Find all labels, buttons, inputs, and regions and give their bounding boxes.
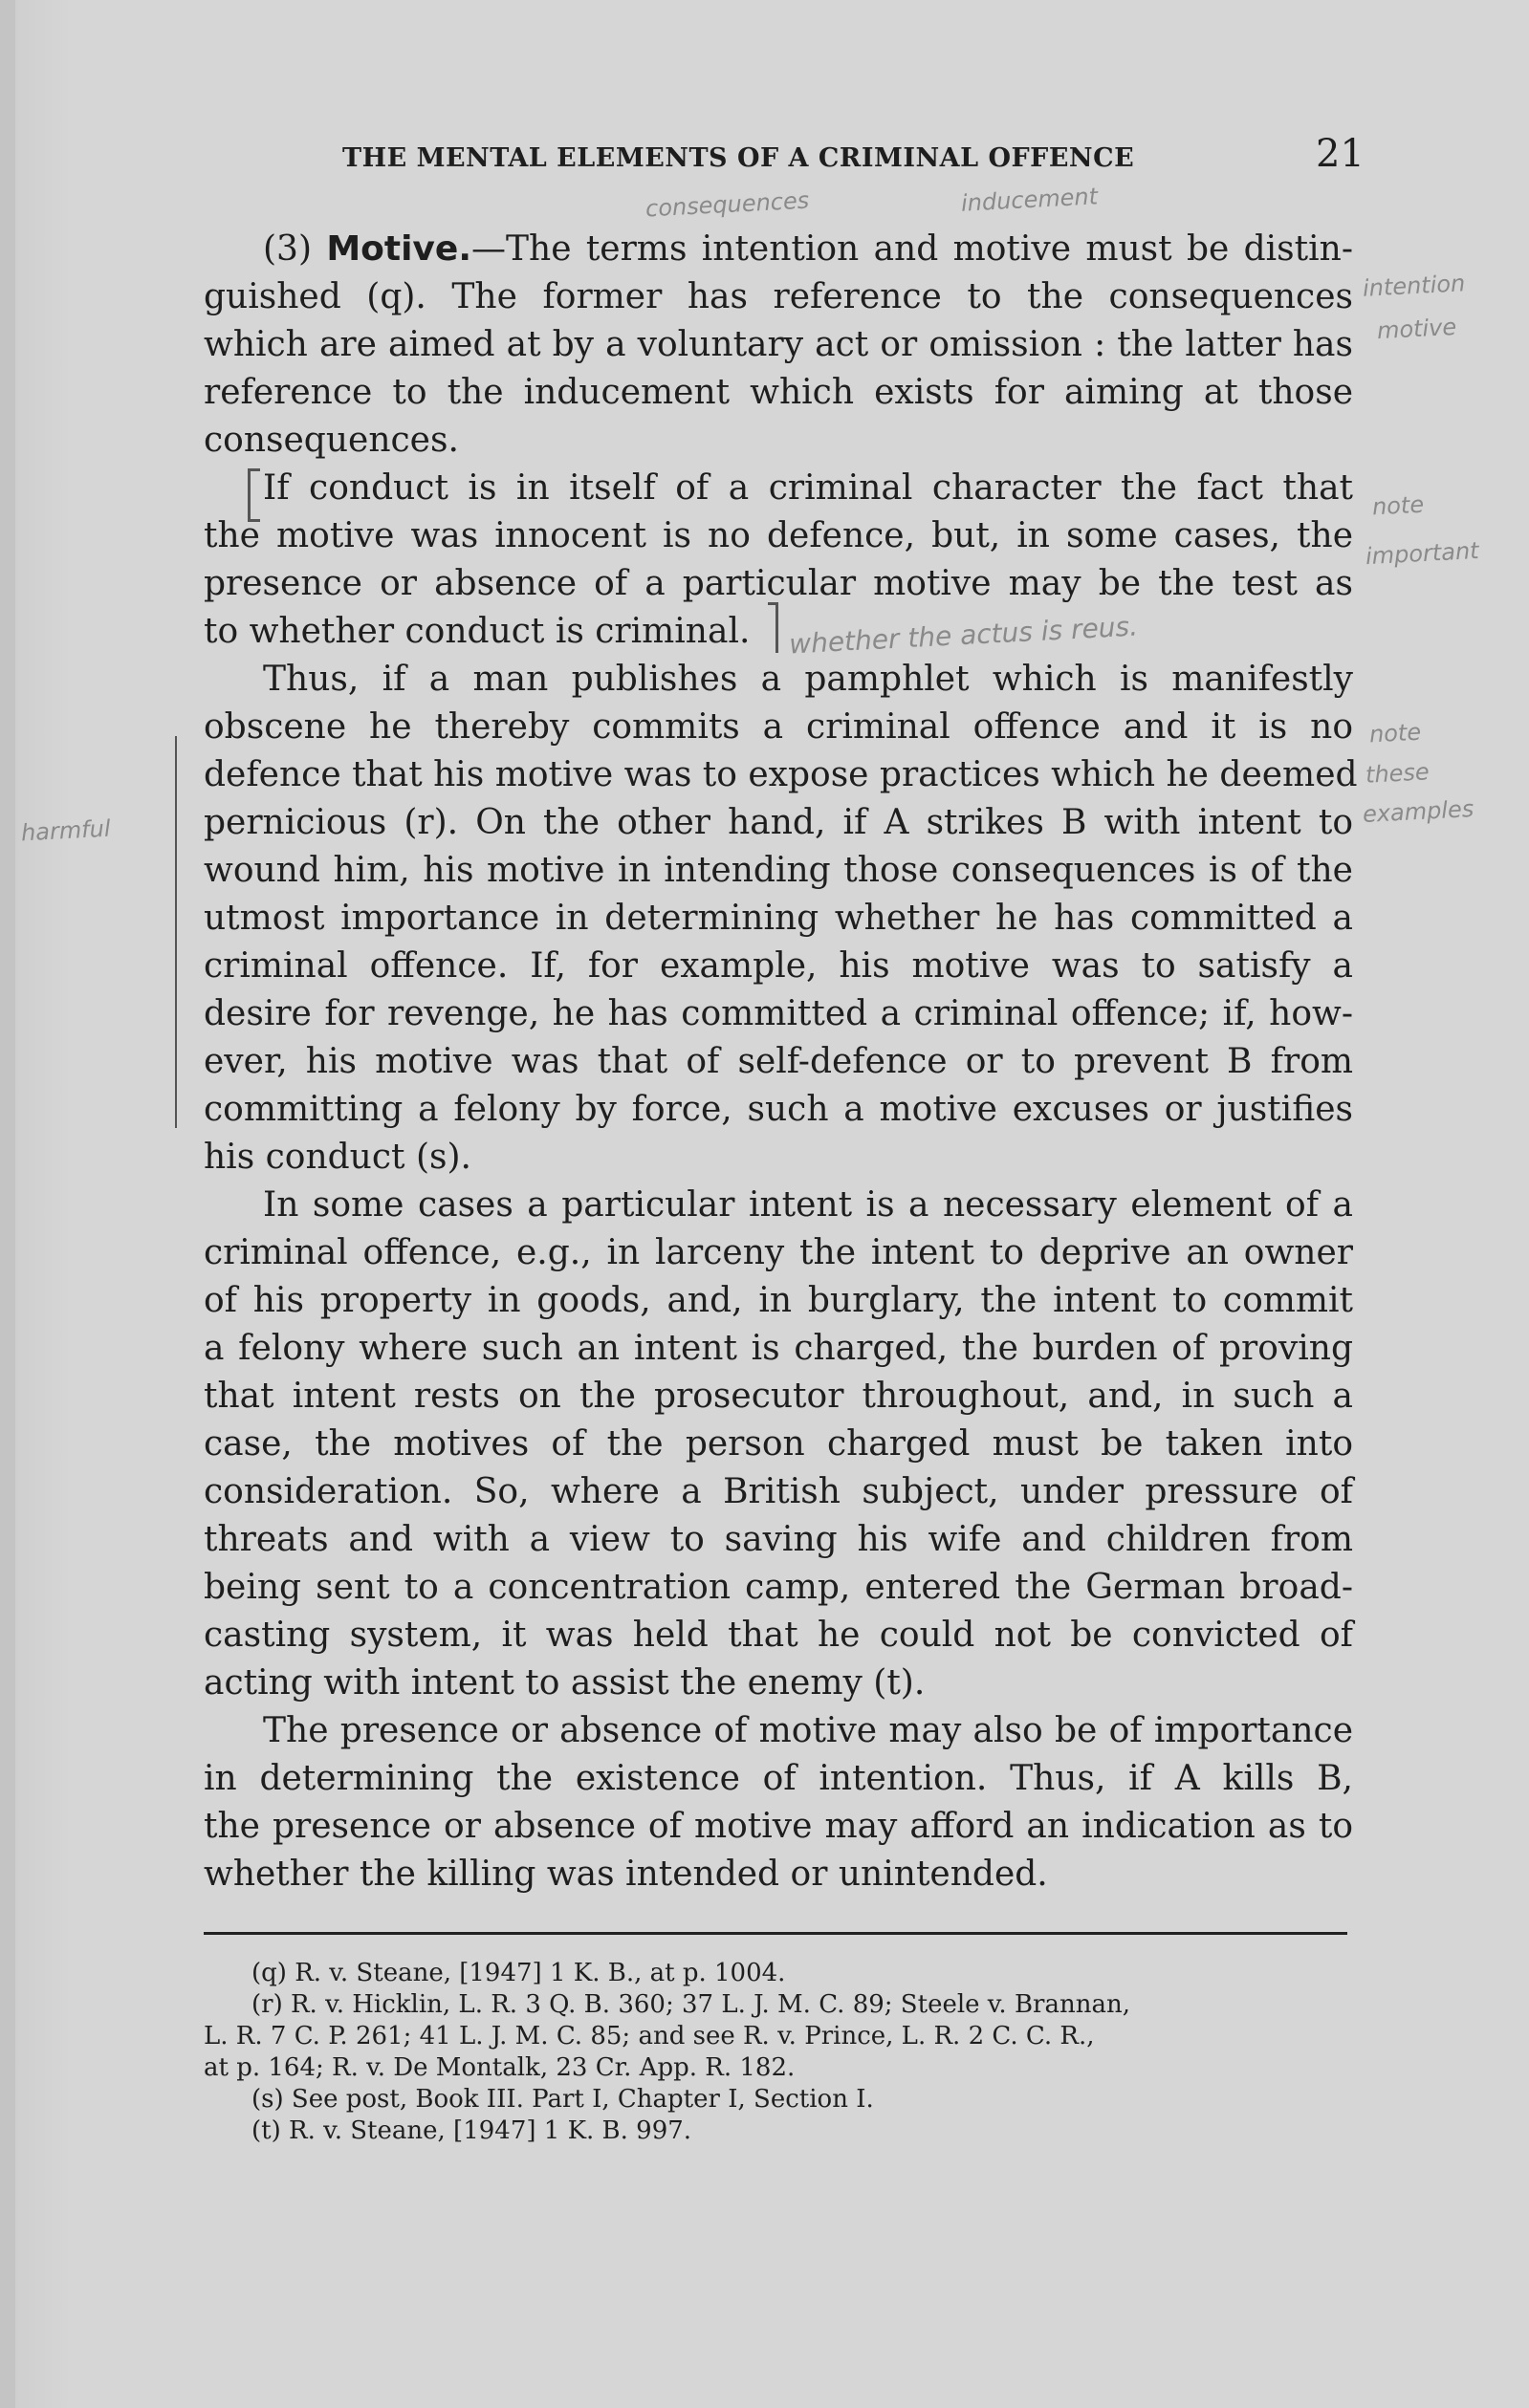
text-line: guished (q). The former has reference to… bbox=[204, 273, 1353, 321]
annotation-note: note bbox=[1371, 491, 1424, 521]
text-line: consequences. bbox=[204, 417, 1353, 465]
footnote-divider bbox=[204, 1932, 1347, 1935]
text-line: utmost importance in determining whether… bbox=[204, 895, 1353, 943]
text-line: whether the killing was intended or unin… bbox=[204, 1851, 1353, 1898]
footnote-q: (q) R. v. Steane, [1947] 1 K. B., at p. … bbox=[204, 1958, 1353, 1989]
footnotes: (q) R. v. Steane, [1947] 1 K. B., at p. … bbox=[204, 1958, 1353, 2147]
section-number: (3) bbox=[263, 229, 312, 269]
annotation-consequences: consequences bbox=[644, 187, 809, 223]
text-line: consideration. So, where a British subje… bbox=[204, 1468, 1353, 1516]
text-line: If conduct is in itself of a criminal ch… bbox=[204, 465, 1353, 512]
text-line: that intent rests on the prosecutor thro… bbox=[204, 1373, 1353, 1421]
footnote-r-cont: L. R. 7 C. P. 261; 41 L. J. M. C. 85; an… bbox=[204, 2021, 1353, 2052]
body-text: (3) Motive.—The terms intention and moti… bbox=[204, 226, 1353, 1898]
footnote-r-cont: at p. 164; R. v. De Montalk, 23 Cr. App.… bbox=[204, 2052, 1353, 2084]
text-line: of his property in goods, and, in burgla… bbox=[204, 1277, 1353, 1325]
text-line: criminal offence. If, for example, his m… bbox=[204, 943, 1353, 990]
text-line: wound him, his motive in intending those… bbox=[204, 847, 1353, 895]
text-line: presence or absence of a particular moti… bbox=[204, 560, 1353, 608]
annotation-harmful: harmful bbox=[20, 815, 111, 847]
text-line: obscene he thereby commits a criminal of… bbox=[204, 704, 1353, 751]
paragraph-line: —The terms intention and motive must be … bbox=[471, 229, 1353, 269]
text-line: acting with intent to assist the enemy (… bbox=[204, 1660, 1353, 1707]
text-line: ever, his motive was that of self-defenc… bbox=[204, 1038, 1353, 1086]
text-line: his conduct (s). bbox=[204, 1134, 1353, 1182]
text-line: defence that his motive was to expose pr… bbox=[204, 751, 1353, 799]
gutter-shadow bbox=[15, 0, 73, 2408]
text-line: reference to the inducement which exists… bbox=[204, 369, 1353, 417]
pencil-margin-line bbox=[175, 736, 177, 1128]
text-line: which are aimed at by a voluntary act or… bbox=[204, 321, 1353, 369]
text-line: criminal offence, e.g., in larceny the i… bbox=[204, 1229, 1353, 1277]
text-line: pernicious (r). On the other hand, if A … bbox=[204, 799, 1353, 847]
text-line: the presence or absence of motive may af… bbox=[204, 1803, 1353, 1851]
text-line: desire for revenge, he has committed a c… bbox=[204, 990, 1353, 1038]
text-line: to whether conduct is criminal. bbox=[204, 608, 1353, 656]
text-line: in determining the existence of intentio… bbox=[204, 1755, 1353, 1803]
footnote-t: (t) R. v. Steane, [1947] 1 K. B. 997. bbox=[204, 2115, 1353, 2147]
annotation-important: important bbox=[1365, 537, 1479, 570]
running-title: THE MENTAL ELEMENTS OF A CRIMINAL OFFENC… bbox=[342, 143, 1134, 173]
text-line: (3) Motive.—The terms intention and moti… bbox=[204, 226, 1353, 273]
text-line: being sent to a concentration camp, ente… bbox=[204, 1564, 1353, 1612]
text-line: In some cases a particular intent is a n… bbox=[204, 1182, 1353, 1229]
annotation-motive: motive bbox=[1376, 314, 1456, 344]
footnote-s: (s) See post, Book III. Part I, Chapter … bbox=[204, 2084, 1353, 2115]
section-heading: Motive. bbox=[326, 229, 471, 269]
text-line: committing a felony by force, such a mot… bbox=[204, 1086, 1353, 1134]
book-spine-shadow bbox=[0, 0, 15, 2408]
page-number: 21 bbox=[1316, 132, 1365, 176]
text-line: The presence or absence of motive may al… bbox=[204, 1707, 1353, 1755]
text-line: the motive was innocent is no defence, b… bbox=[204, 512, 1353, 560]
text-line: threats and with a view to saving his wi… bbox=[204, 1516, 1353, 1564]
annotation-inducement: inducement bbox=[960, 183, 1098, 216]
text-line: case, the motives of the person charged … bbox=[204, 1421, 1353, 1468]
annotation-note-2: note bbox=[1368, 719, 1421, 748]
annotation-intention: intention bbox=[1362, 270, 1466, 302]
footnote-r: (r) R. v. Hicklin, L. R. 3 Q. B. 360; 37… bbox=[204, 1989, 1353, 2021]
text-line: Thus, if a man publishes a pamphlet whic… bbox=[204, 656, 1353, 704]
annotation-these: these bbox=[1365, 758, 1430, 788]
annotation-examples: examples bbox=[1362, 795, 1474, 828]
text-line: a felony where such an intent is charged… bbox=[204, 1325, 1353, 1373]
text-line: casting system, it was held that he coul… bbox=[204, 1612, 1353, 1660]
